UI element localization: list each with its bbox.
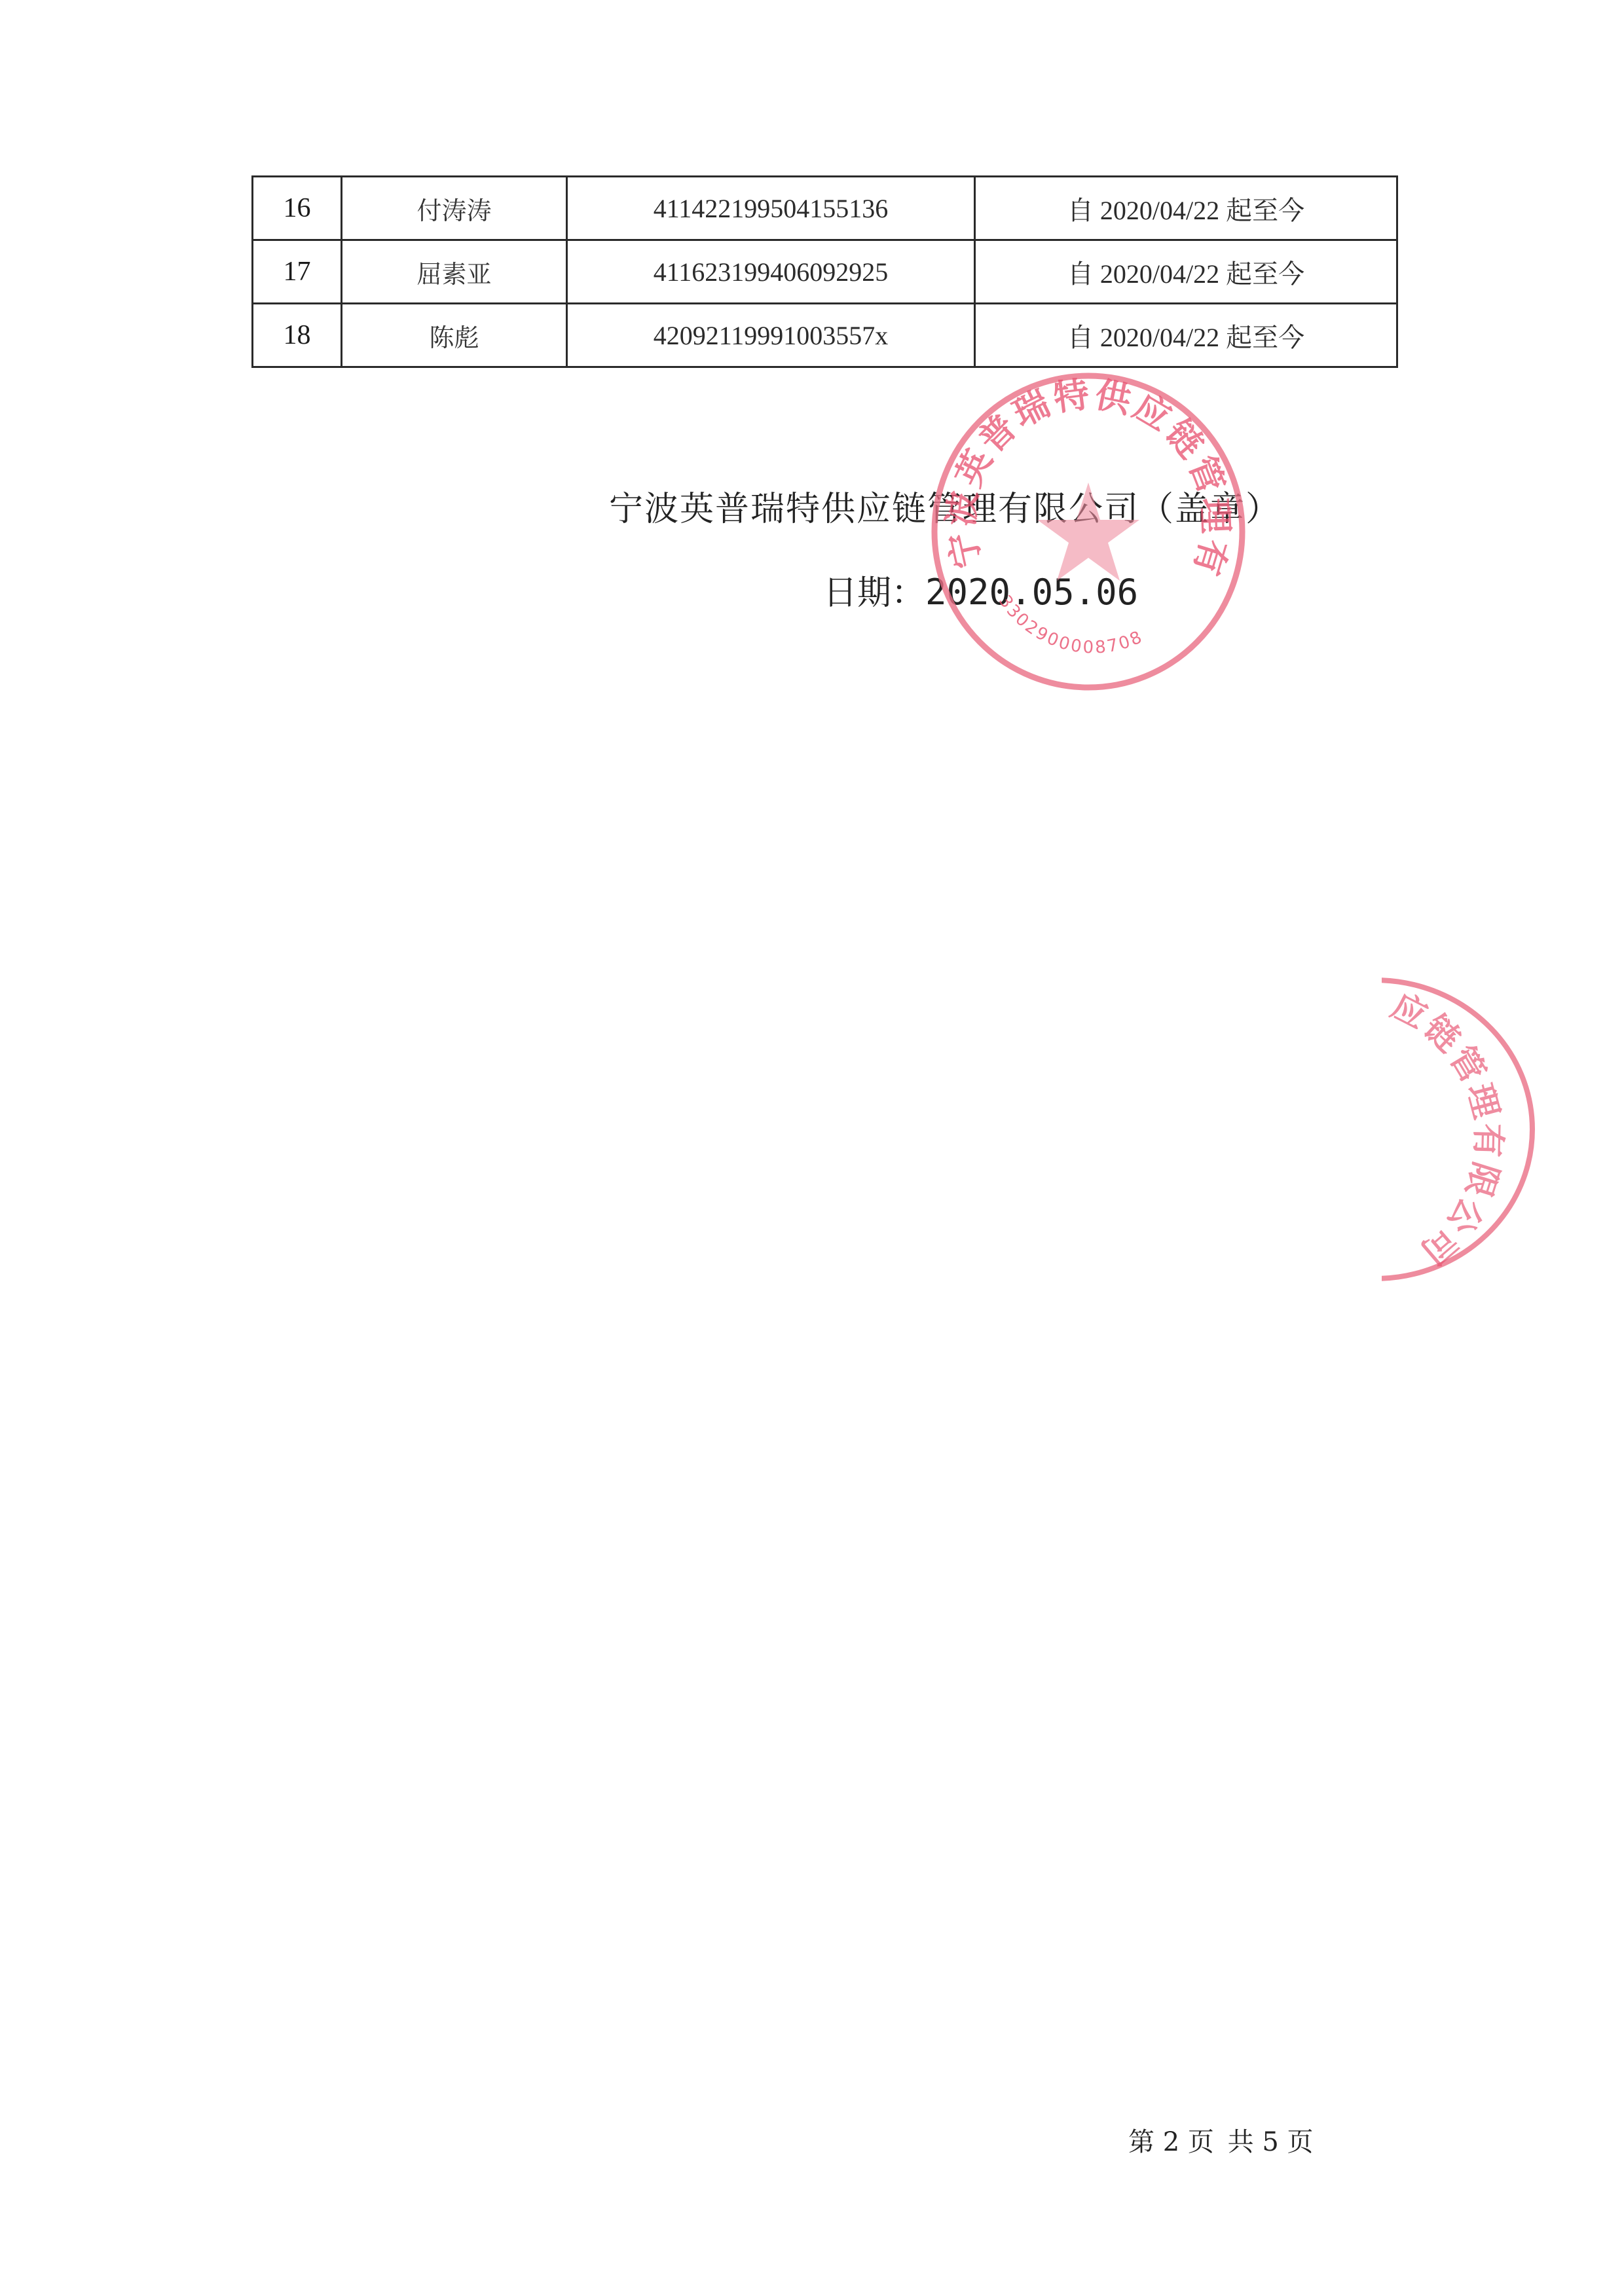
row-index: 16: [253, 177, 342, 240]
table-row: 16付涛涛411422199504155136自 2020/04/22 起至今: [253, 177, 1397, 240]
svg-text:应链管理有限公司: 应链管理有限公司: [1385, 986, 1507, 1273]
employment-period: 自 2020/04/22 起至今: [975, 177, 1397, 240]
seal-main-text: 宁波英普瑞特供应链管理有限公司: [920, 368, 1236, 583]
row-index: 17: [253, 240, 342, 304]
date-value: 2020.05.06: [925, 572, 1138, 613]
row-index: 18: [253, 304, 342, 367]
page-total: 共 5 页: [1228, 2127, 1314, 2157]
company-seal-icon: 宁波英普瑞特供应链管理有限公司 3302900008708: [920, 368, 1257, 695]
employee-name: 付涛涛: [342, 177, 567, 240]
table-row: 17屈素亚411623199406092925自 2020/04/22 起至今: [253, 240, 1397, 304]
company-signature: 宁波英普瑞特供应链管理有限公司（盖章）: [609, 481, 1281, 530]
employee-name: 陈彪: [342, 304, 567, 367]
employment-period: 自 2020/04/22 起至今: [975, 240, 1397, 304]
page-footer: 第 2 页 共 5 页: [1128, 2121, 1319, 2159]
date-line: 日期：2020.05.06: [823, 565, 1138, 614]
date-label: 日期：: [823, 574, 925, 613]
id-number: 411422199504155136: [567, 177, 975, 240]
page-current: 第 2 页: [1128, 2127, 1214, 2157]
employment-period: 自 2020/04/22 起至今: [975, 304, 1397, 367]
seam-seal-icon: 应链管理有限公司: [1382, 975, 1545, 1283]
seal-seam-text: 应链管理有限公司: [1385, 986, 1507, 1273]
id-number: 411623199406092925: [567, 240, 975, 304]
table-row: 18陈彪42092119991003557x自 2020/04/22 起至今: [253, 304, 1397, 367]
employee-name: 屈素亚: [342, 240, 567, 304]
svg-text:宁波英普瑞特供应链管理有限公司: 宁波英普瑞特供应链管理有限公司: [920, 368, 1236, 583]
id-number: 42092119991003557x: [567, 304, 975, 367]
staff-table: 16付涛涛411422199504155136自 2020/04/22 起至今1…: [251, 175, 1398, 368]
